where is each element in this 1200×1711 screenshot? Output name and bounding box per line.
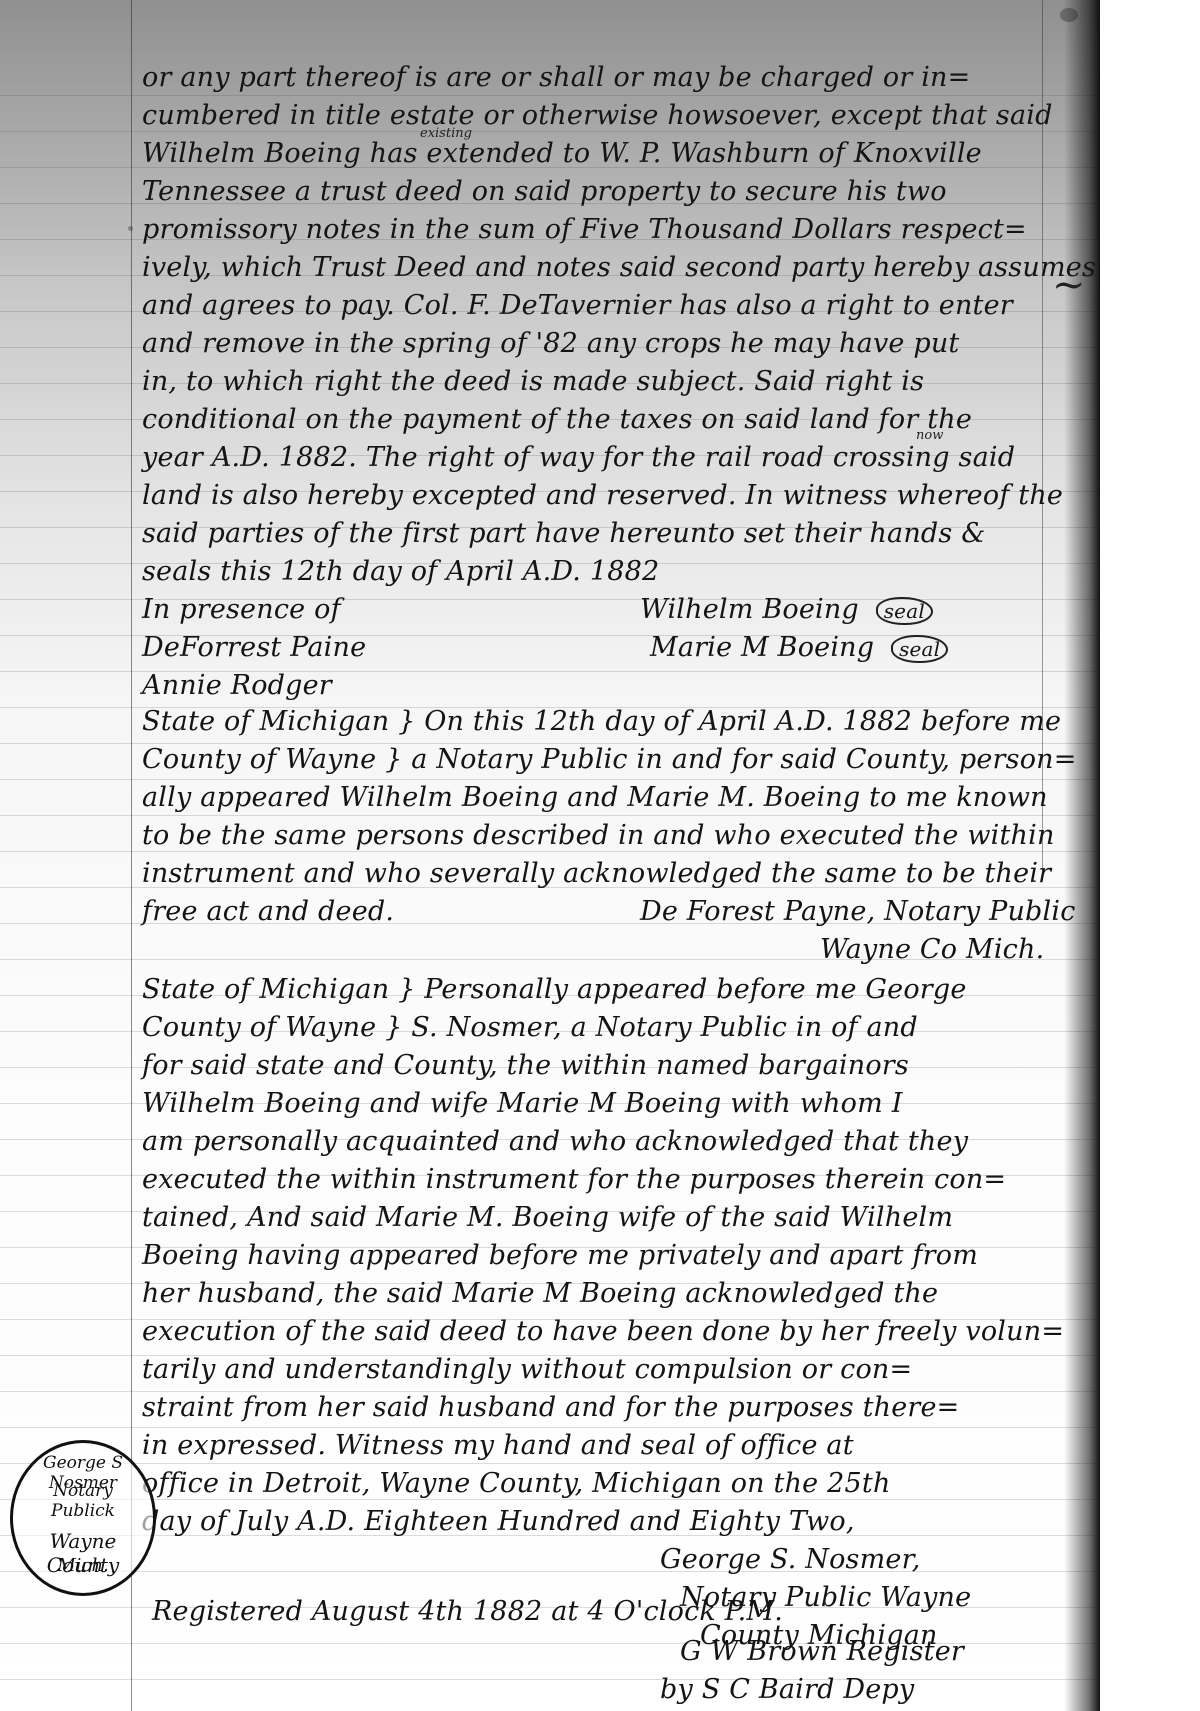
ink-blot	[1060, 8, 1078, 22]
notary-2-signature: George S. Nosmer,	[660, 1544, 921, 1575]
body-line: said parties of the first part have here…	[142, 518, 985, 549]
witness-1: DeForrest Paine	[142, 632, 366, 663]
registration-line: Registered August 4th 1882 at 4 O'clock …	[152, 1596, 783, 1627]
seal-icon: seal	[876, 597, 933, 625]
ack2-line: her husband, the said Marie M Boeing ack…	[142, 1278, 938, 1309]
body-line: cumbered in title estate or otherwise ho…	[142, 100, 1053, 131]
deed-page-scan: 259 or any part thereof is are or shall …	[0, 0, 1100, 1711]
ack1-line: ally appeared Wilhelm Boeing and Marie M…	[142, 782, 1048, 813]
body-line: seals this 12th day of April A.D. 1882	[142, 556, 659, 587]
deputy-signature: by S C Baird Depy	[660, 1674, 914, 1705]
body-line: Wilhelm Boeing has extended to W. P. Was…	[142, 138, 982, 169]
grantor-signature: Wilhelm Boeing seal	[640, 594, 933, 625]
ack2-line: straint from her said husband and for th…	[142, 1392, 960, 1423]
body-line: or any part thereof is are or shall or m…	[142, 62, 970, 93]
ack2-line: execution of the said deed to have been …	[142, 1316, 1064, 1347]
body-line: Tennessee a trust deed on said property …	[142, 176, 947, 207]
body-line: and agrees to pay. Col. F. DeTavernier h…	[142, 290, 1013, 321]
body-line: year A.D. 1882. The right of way for the…	[142, 442, 1015, 473]
ack2-line: Wilhelm Boeing and wife Marie M Boeing w…	[142, 1088, 903, 1119]
stamp-state: Mich.	[13, 1555, 153, 1576]
ack2-line: tained, And said Marie M. Boeing wife of…	[142, 1202, 953, 1233]
body-line: promissory notes in the sum of Five Thou…	[142, 214, 1027, 245]
ack2-line: County of Wayne } S. Nosmer, a Notary Pu…	[142, 1012, 918, 1043]
ack2-line: day of July A.D. Eighteen Hundred and Ei…	[142, 1506, 855, 1537]
ack2-line: tarily and understandingly without compu…	[142, 1354, 912, 1385]
body-line: land is also hereby excepted and reserve…	[142, 480, 1063, 511]
stamp-title: Notary	[13, 1481, 153, 1501]
ack1-line: to be the same persons described in and …	[142, 820, 1055, 851]
notary-seal-stamp: George S Nosmer Notary Publick Wayne Cou…	[10, 1440, 156, 1596]
body-line: and remove in the spring of '82 any crop…	[142, 328, 959, 359]
ack1-line: free act and deed.	[142, 896, 394, 927]
ack1-line: State of Michigan } On this 12th day of …	[142, 706, 1061, 737]
witness-2: Annie Rodger	[142, 670, 332, 701]
ack2-line: am personally acquainted and who acknowl…	[142, 1126, 968, 1157]
ack2-line: in expressed. Witness my hand and seal o…	[142, 1430, 854, 1461]
ack2-line: executed the within instrument for the p…	[142, 1164, 1006, 1195]
body-line: in, to which right the deed is made subj…	[142, 366, 924, 397]
ack2-line: office in Detroit, Wayne County, Michiga…	[142, 1468, 891, 1499]
stamp-title: Publick	[13, 1501, 153, 1521]
page-number: 259	[1098, 4, 1100, 39]
ack2-line: for said state and County, the within na…	[142, 1050, 909, 1081]
ack1-line: instrument and who severally acknowledge…	[142, 858, 1051, 889]
ack2-line: Boeing having appeared before me private…	[142, 1240, 978, 1271]
grantor-signature: Marie M Boeing seal	[650, 632, 948, 663]
seal-icon: seal	[891, 635, 948, 663]
ack2-line: State of Michigan } Personally appeared …	[142, 974, 967, 1005]
ack1-line: County of Wayne } a Notary Public in and…	[142, 744, 1077, 775]
body-line: ively, which Trust Deed and notes said s…	[142, 252, 1096, 283]
register-signature: G W Brown Register	[680, 1636, 964, 1667]
interlineation: now	[916, 428, 943, 443]
ink-dot	[128, 226, 133, 231]
notary-1-signature: De Forest Payne, Notary Public	[640, 896, 1076, 927]
grantor-1-name: Wilhelm Boeing	[640, 594, 859, 625]
notary-1-location: Wayne Co Mich.	[820, 934, 1044, 965]
bracket-mark: ~	[1052, 262, 1086, 308]
body-line: conditional on the payment of the taxes …	[142, 404, 972, 435]
grantor-2-name: Marie M Boeing	[650, 632, 874, 663]
witness-heading: In presence of	[142, 594, 341, 625]
